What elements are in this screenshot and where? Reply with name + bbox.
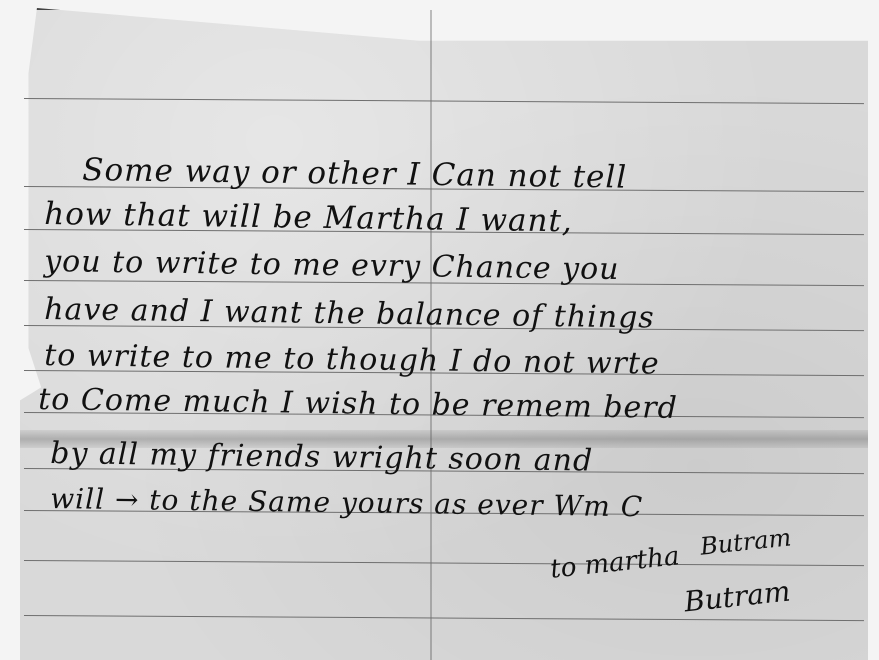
letter-line-1: Some way or other I Can not tell xyxy=(82,152,627,196)
letter-line-2: how that will be Martha I want, xyxy=(44,196,573,239)
